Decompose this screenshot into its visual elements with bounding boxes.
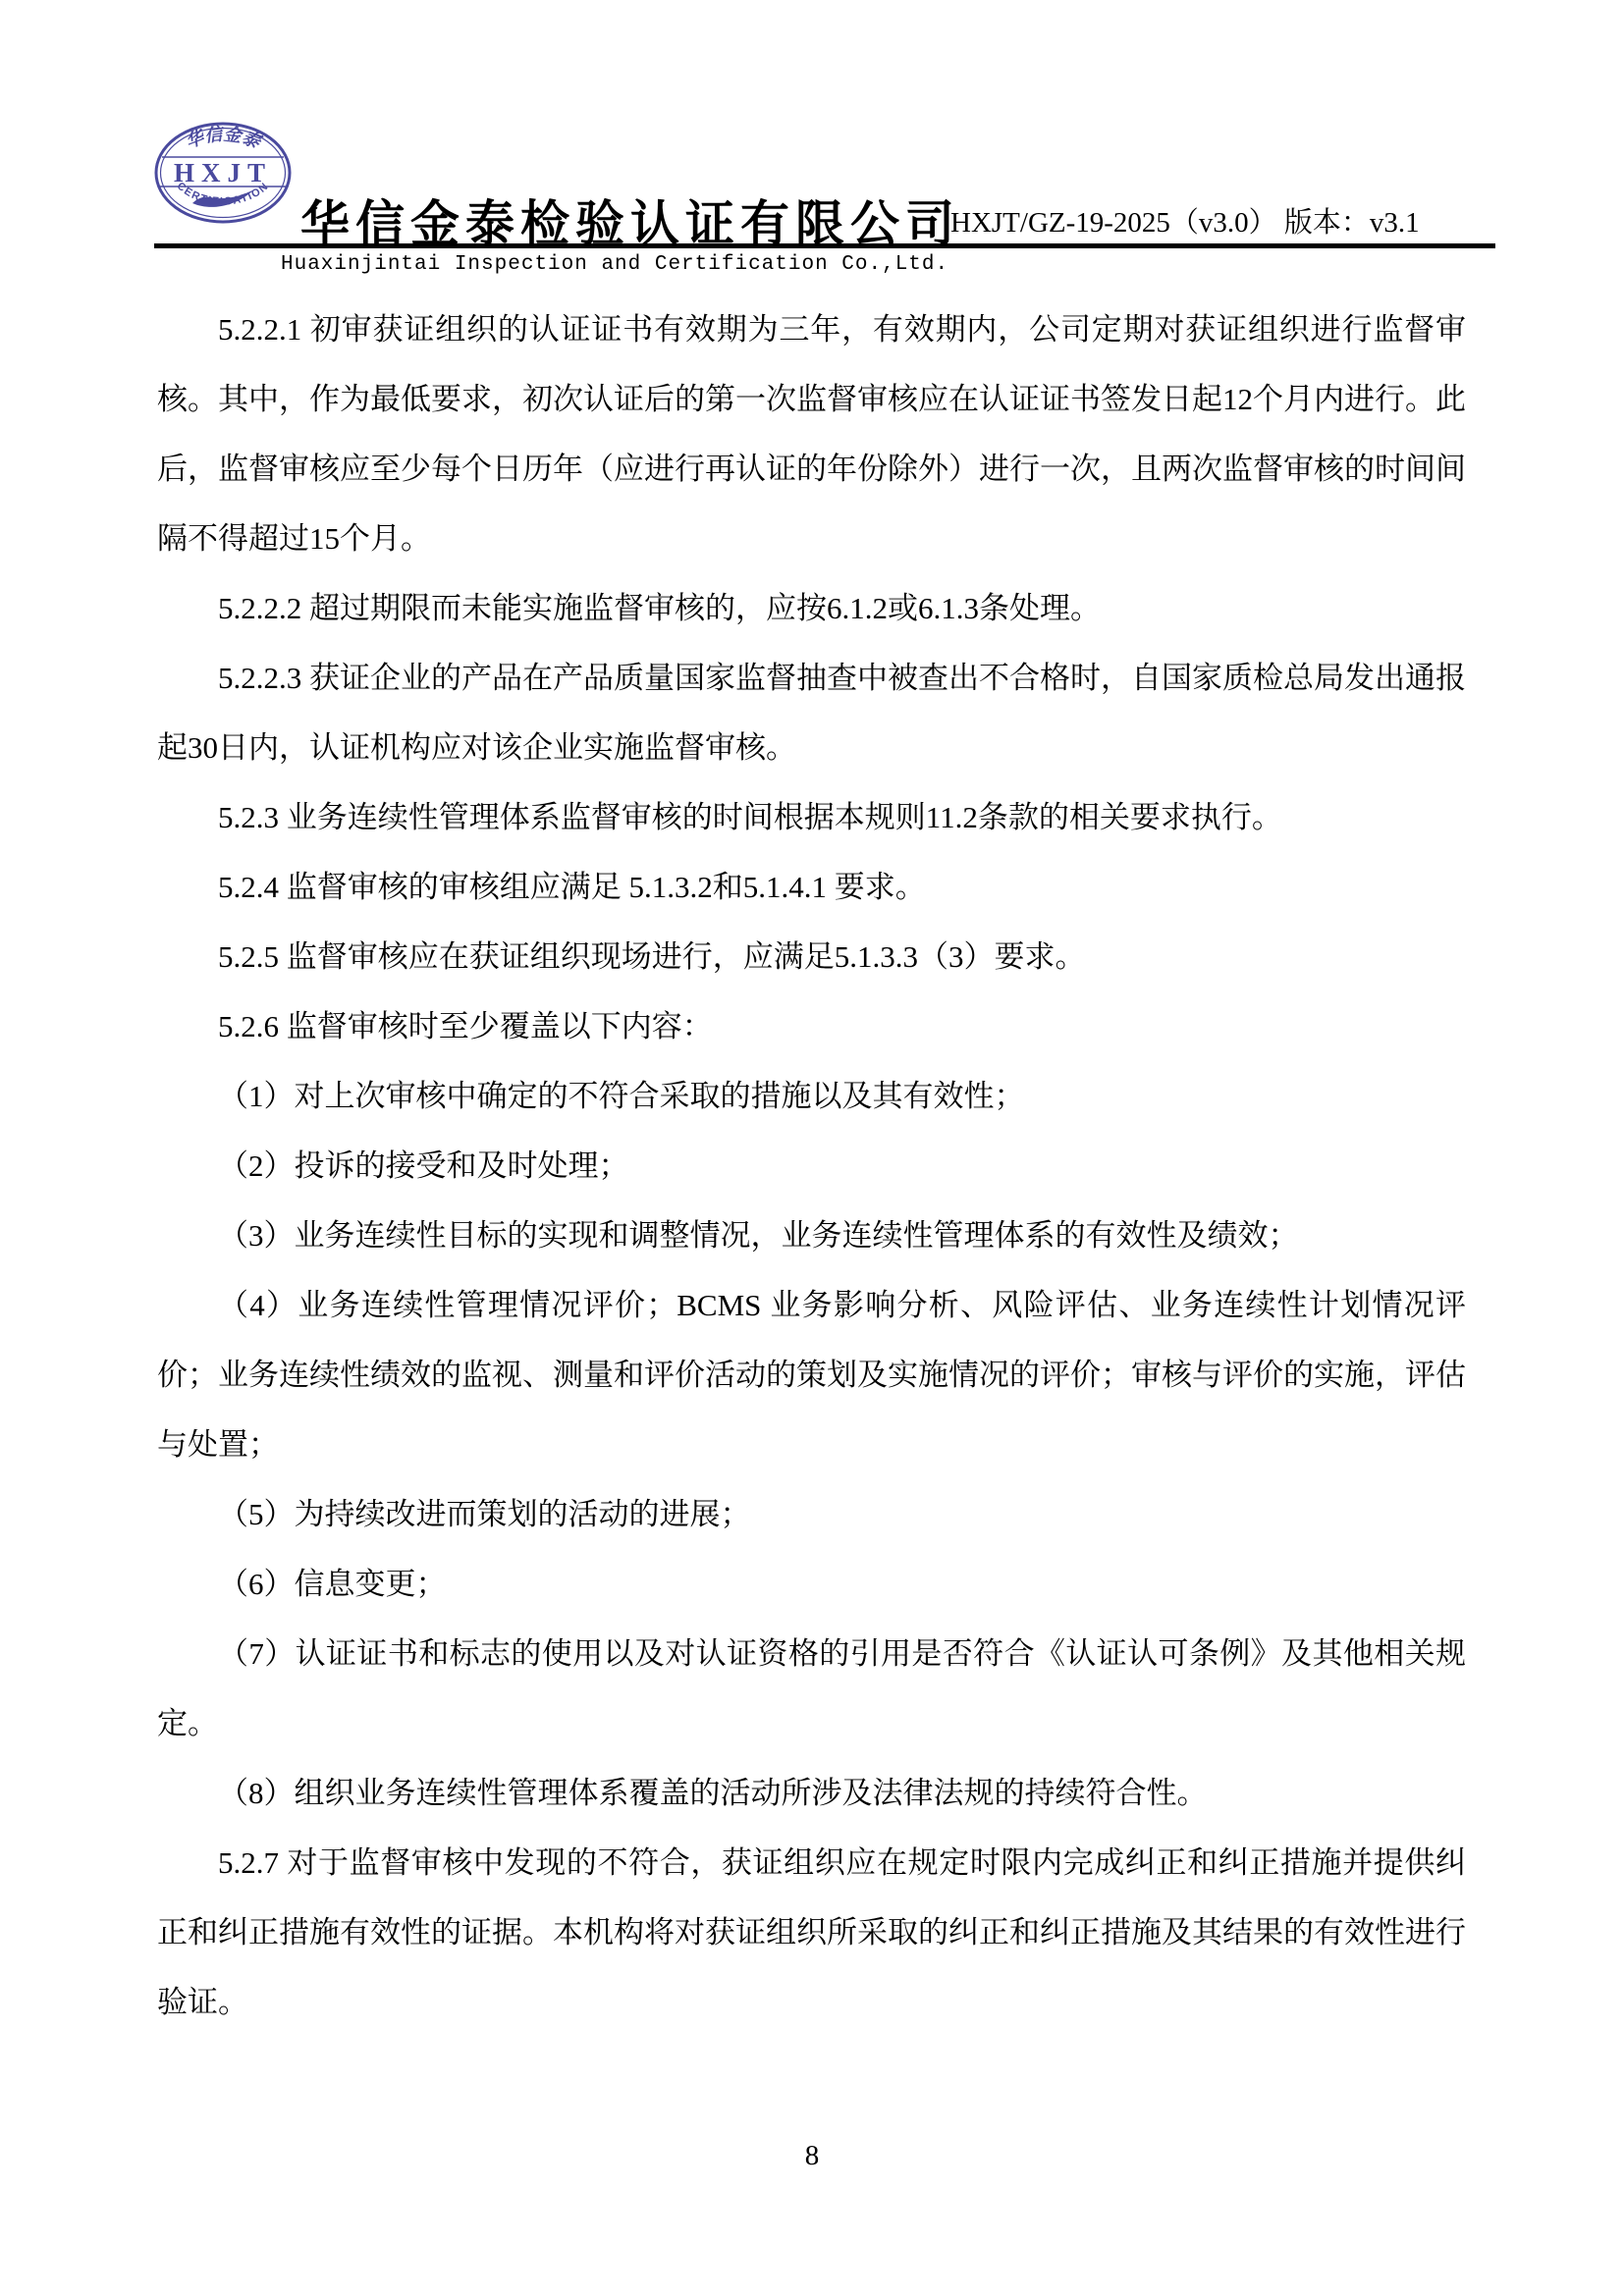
- document-reference: HXJT/GZ-19-2025（v3.0） 版本：v3.1: [950, 200, 1420, 240]
- paragraph: （3）业务连续性目标的实现和调整情况，业务连续性管理体系的有效性及绩效；: [157, 1201, 1466, 1270]
- paragraph: （2）投诉的接受和及时处理；: [157, 1131, 1466, 1201]
- paragraph: 5.2.7 对于监督审核中发现的不符合，获证组织应在规定时限内完成纠正和纠正措施…: [157, 1828, 1466, 2037]
- paragraph: （8）组织业务连续性管理体系覆盖的活动所涉及法律法规的持续符合性。: [157, 1758, 1466, 1828]
- paragraph: 5.2.6 监督审核时至少覆盖以下内容：: [157, 991, 1466, 1061]
- logo-acronym: HXJT: [174, 158, 272, 187]
- paragraph: 5.2.3 业务连续性管理体系监督审核的时间根据本规则11.2条款的相关要求执行…: [157, 782, 1466, 852]
- paragraph: 5.2.2.3 获证企业的产品在产品质量国家监督抽查中被查出不合格时，自国家质检…: [157, 643, 1466, 782]
- paragraph: 5.2.4 监督审核的审核组应满足 5.1.3.2和5.1.4.1 要求。: [157, 852, 1466, 922]
- paragraph: 5.2.5 监督审核应在获证组织现场进行，应满足5.1.3.3（3）要求。: [157, 922, 1466, 991]
- paragraph: （1）对上次审核中确定的不符合采取的措施以及其有效性；: [157, 1061, 1466, 1131]
- header-divider: [154, 243, 1495, 248]
- paragraph: （5）为持续改进而策划的活动的进展；: [157, 1479, 1466, 1549]
- paragraph: （4）业务连续性管理情况评价；BCMS 业务影响分析、风险评估、业务连续性计划情…: [157, 1270, 1466, 1479]
- paragraph: （7）认证证书和标志的使用以及对认证资格的引用是否符合《认证认可条例》及其他相关…: [157, 1619, 1466, 1758]
- paragraph: （6）信息变更；: [157, 1549, 1466, 1619]
- document-body: 5.2.2.1 初审获证组织的认证证书有效期为三年，有效期内，公司定期对获证组织…: [157, 294, 1466, 2037]
- company-logo-icon: 华信金泰 HXJT CERTIFICATION: [153, 122, 293, 224]
- company-name-en: Huaxinjintai Inspection and Certificatio…: [281, 253, 948, 276]
- paragraph: 5.2.2.2 超过期限而未能实施监督审核的，应按6.1.2或6.1.3条处理。: [157, 573, 1466, 643]
- page-number: 8: [0, 2140, 1624, 2172]
- document-page: 华信金泰 HXJT CERTIFICATION 华信金泰检验认证有限公司 HXJ…: [0, 0, 1624, 2296]
- paragraph: 5.2.2.1 初审获证组织的认证证书有效期为三年，有效期内，公司定期对获证组织…: [157, 294, 1466, 573]
